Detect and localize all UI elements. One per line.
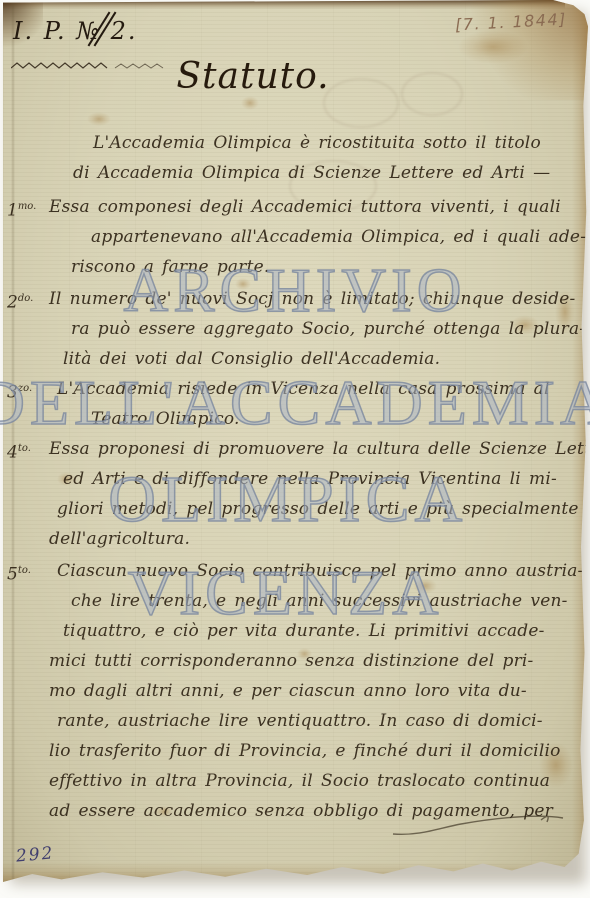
- manuscript-text: L'Accademia Olimpica è ricostituita sott…: [3, 128, 578, 826]
- article-4: 4to. Essa proponesi di promuovere la cul…: [3, 434, 578, 554]
- manuscript-line: lità dei voti dal Consiglio dell'Accadem…: [49, 344, 585, 374]
- pen-flourish: [391, 806, 571, 844]
- manuscript-line: dell'agricoltura.: [49, 524, 590, 554]
- manuscript-line: rante, austriache lire ventiquattro. In …: [49, 706, 584, 736]
- article-number: 1mo.: [3, 192, 49, 282]
- manuscript-line: di Accademia Olimpica di Scienze Lettere…: [51, 158, 578, 188]
- article-number: 3zo.: [3, 374, 49, 434]
- article-number: 4to.: [3, 434, 49, 554]
- registry-mark: I. P. № 2.: [13, 16, 138, 46]
- manuscript-line: che lire trenta, e negli anni successivi…: [49, 586, 584, 616]
- manuscript-line: tiquattro, e ciò per vita durante. Li pr…: [49, 616, 584, 646]
- manuscript-line: riscono a farne parte.: [49, 252, 586, 282]
- paper-stain: [458, 30, 528, 64]
- manuscript-line: Ciascun nuovo Socio contribuisce pel pri…: [49, 556, 584, 586]
- ink-bleedthrough-mark: [401, 72, 463, 116]
- article-number: 5to.: [3, 556, 49, 826]
- manuscript-page: I. P. № 2. [7. 1. 1844] Statuto. L'Accad…: [3, 0, 588, 882]
- preamble-paragraph: L'Accademia Olimpica è ricostituita sott…: [51, 128, 578, 188]
- manuscript-line: ra può essere aggregato Socio, purché ot…: [49, 314, 585, 344]
- article-1: 1mo. Essa componesi degli Accademici tut…: [3, 192, 578, 282]
- manuscript-line: mo dagli altri anni, e per ciascun anno …: [49, 676, 584, 706]
- paper-stain: [87, 112, 111, 126]
- manuscript-line: Essa componesi degli Accademici tuttora …: [49, 192, 586, 222]
- manuscript-line: effettivo in altra Provincia, il Socio t…: [49, 766, 584, 796]
- manuscript-line: L'Accademia risiede in Vicenza nella cas…: [49, 374, 578, 404]
- manuscript-line: appartenevano all'Accademia Olimpica, ed…: [49, 222, 586, 252]
- article-5: 5to. Ciascun nuovo Socio contribuisce pe…: [3, 556, 578, 826]
- manuscript-line: lio trasferito fuor di Provincia, e finc…: [49, 736, 584, 766]
- article-3: 3zo. L'Accademia risiede in Vicenza nell…: [3, 374, 578, 434]
- manuscript-line: L'Accademia Olimpica è ricostituita sott…: [51, 128, 578, 158]
- manuscript-line: Il numero de' nuovi Socj non è limitato;…: [49, 284, 585, 314]
- article-2: 2do. Il numero de' nuovi Socj non è limi…: [3, 284, 578, 374]
- document-title: Statuto.: [98, 54, 408, 100]
- manuscript-line: Essa proponesi di promuovere la cultura …: [49, 434, 590, 464]
- manuscript-line: Teatro Olimpico.: [49, 404, 578, 434]
- manuscript-line: ed Arti e di diffondere nella Provincia …: [49, 464, 590, 494]
- manuscript-line: mici tutti corrisponderanno senza distin…: [49, 646, 584, 676]
- manuscript-line: gliori metodi, pel progresso delle arti …: [49, 494, 590, 524]
- article-number: 2do.: [3, 284, 49, 374]
- page-number: 292: [15, 843, 55, 866]
